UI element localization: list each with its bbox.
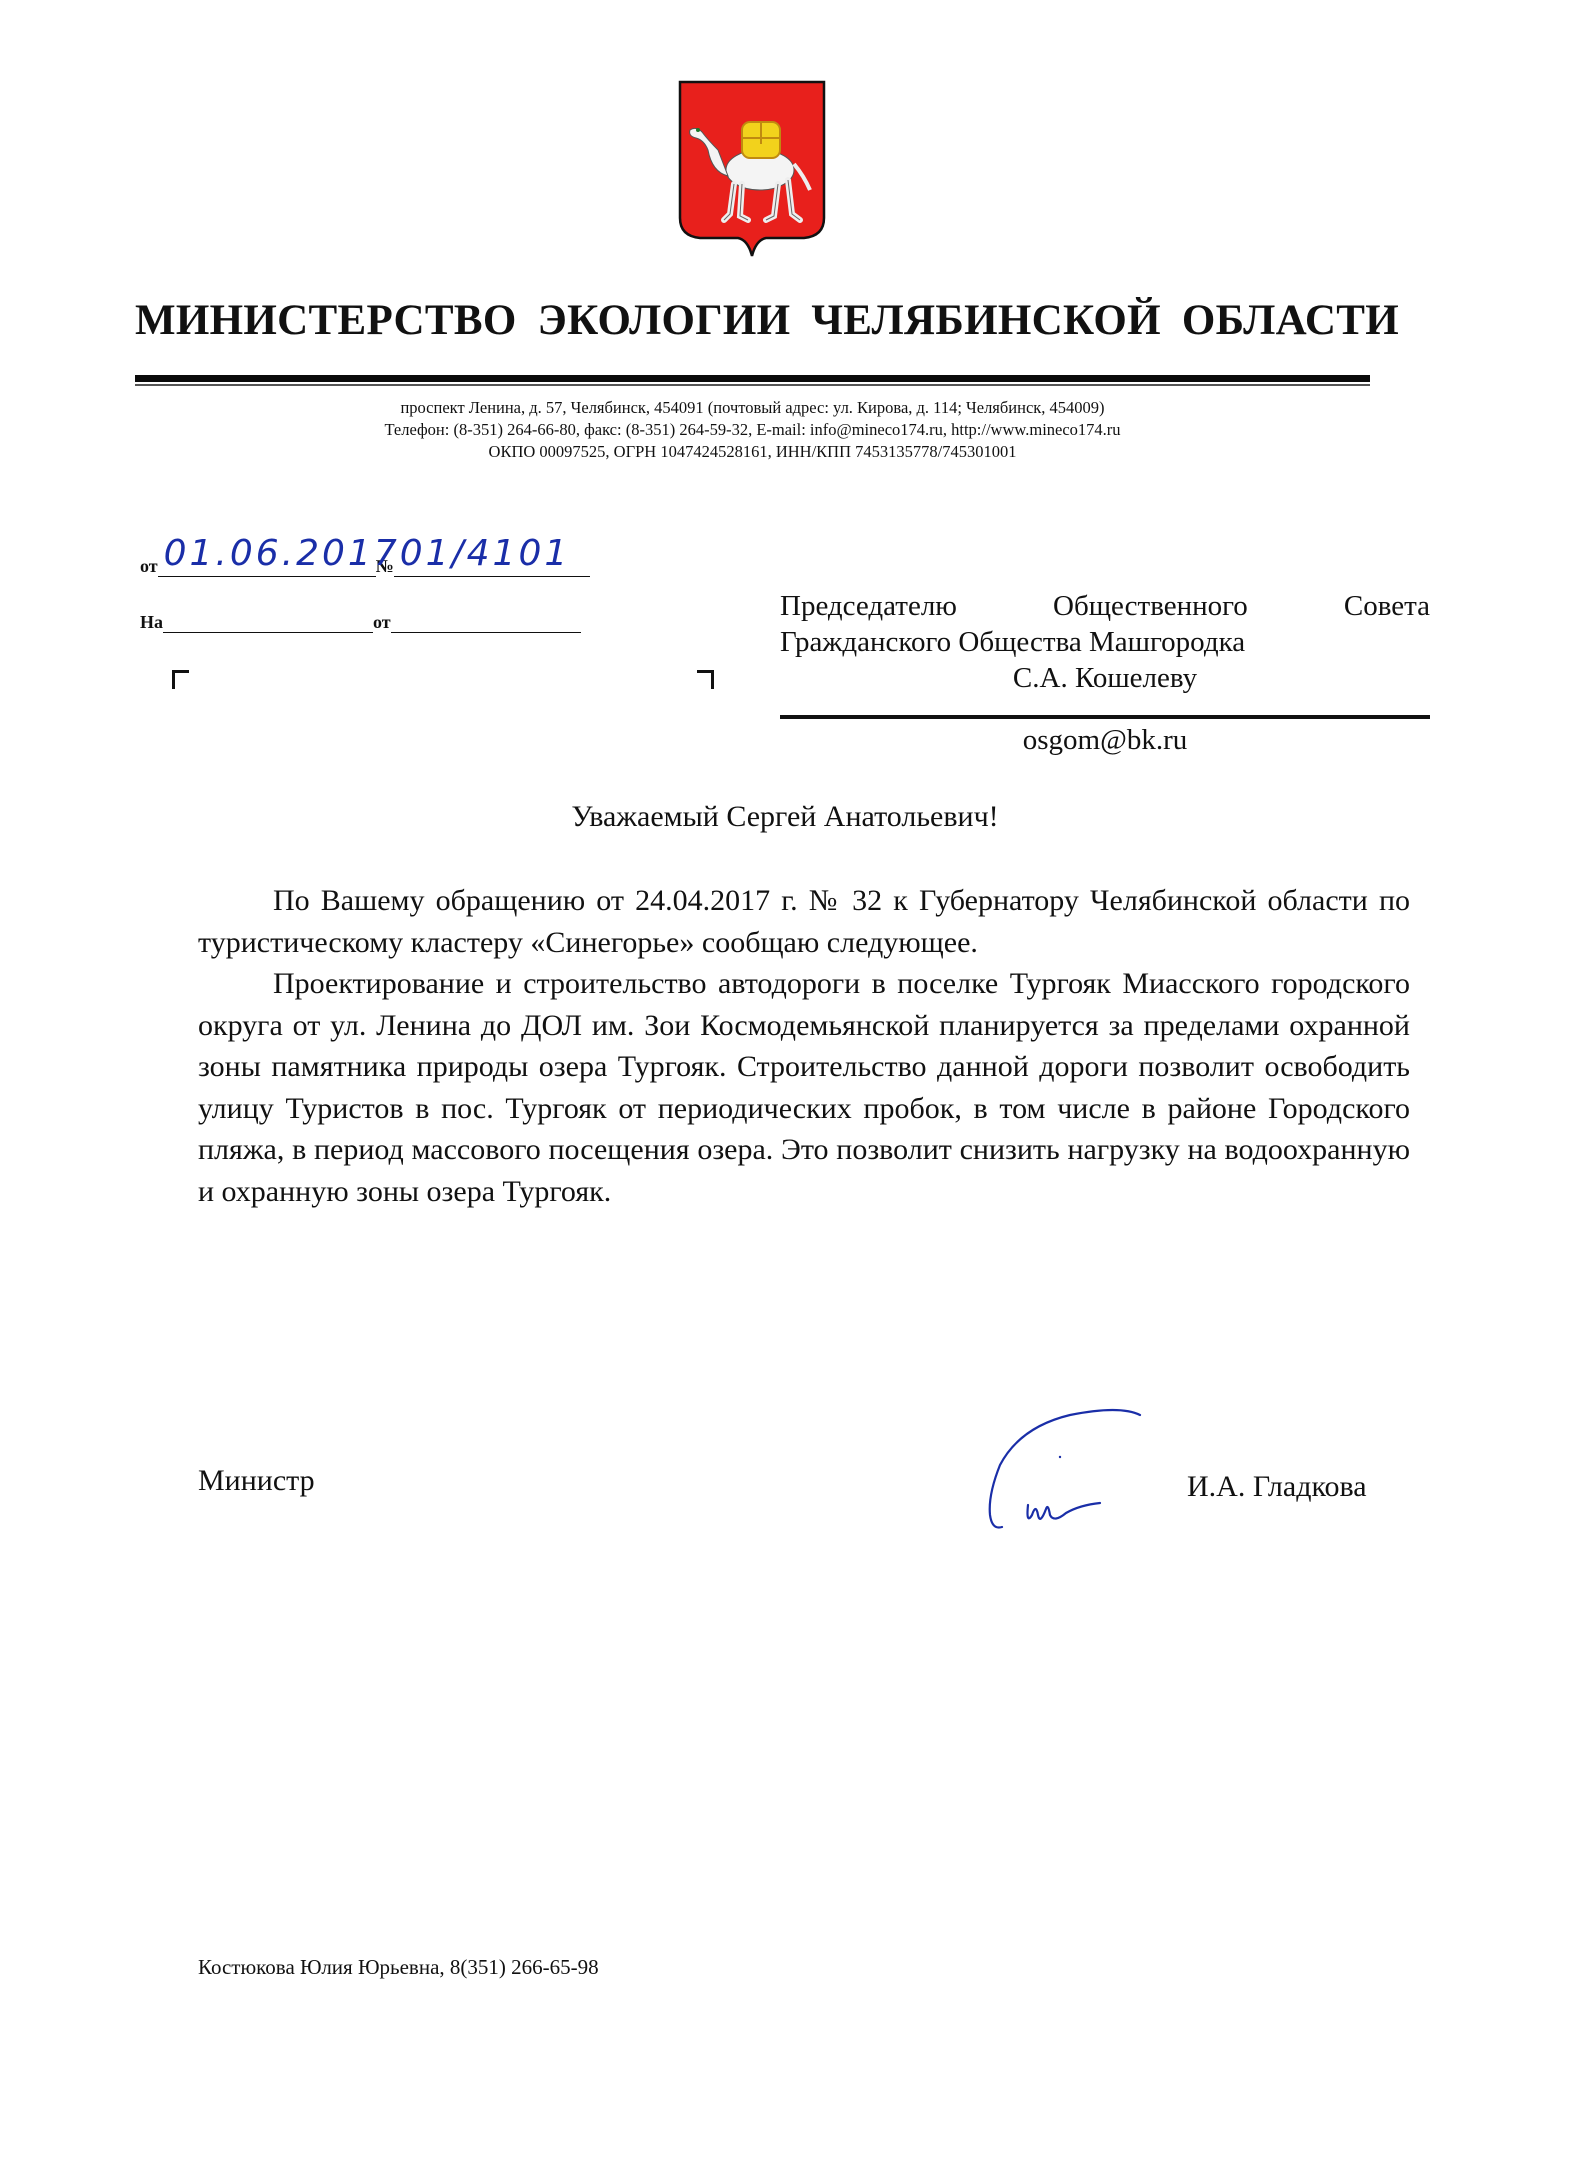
header-rule-thin bbox=[135, 384, 1370, 386]
letter-body: По Вашему обращению от 24.04.2017 г. № 3… bbox=[198, 880, 1410, 1212]
address-corner-mark-right bbox=[697, 670, 714, 689]
executor-contact: Костюкова Юлия Юрьевна, 8(351) 266-65-98 bbox=[198, 1955, 599, 1980]
number-field: 01/4101 bbox=[394, 548, 590, 577]
handwritten-number: 01/4101 bbox=[400, 532, 571, 576]
coat-of-arms-icon bbox=[678, 80, 826, 260]
signatory-role: Министр bbox=[198, 1464, 315, 1498]
address-line: проспект Ленина, д. 57, Челябинск, 45409… bbox=[135, 397, 1370, 419]
handwritten-signature-icon bbox=[950, 1405, 1150, 1540]
addressee-name: С.А. Кошелеву bbox=[780, 660, 1430, 696]
reply-to-field bbox=[163, 604, 373, 633]
outgoing-registration: от01.06.2017№01/4101 bbox=[140, 548, 590, 577]
addressee-block: Председателю Общественного Совета Гражда… bbox=[780, 588, 1430, 696]
date-field: 01.06.2017 bbox=[158, 548, 376, 577]
paragraph-1: По Вашему обращению от 24.04.2017 г. № 3… bbox=[198, 880, 1410, 963]
paragraph-2: Проектирование и строительство автодорог… bbox=[198, 963, 1410, 1212]
reply-to-label: На bbox=[140, 612, 163, 633]
greeting: Уважаемый Сергей Анатольевич! bbox=[135, 800, 1435, 834]
phone-line: Телефон: (8-351) 264-66-80, факс: (8-351… bbox=[135, 419, 1370, 441]
signatory-name: И.А. Гладкова bbox=[1187, 1470, 1367, 1504]
header-rule bbox=[135, 375, 1370, 382]
address-corner-mark-left bbox=[172, 670, 189, 689]
addressee-email: osgom@bk.ru bbox=[780, 722, 1430, 758]
reply-from-label: от bbox=[373, 612, 391, 633]
reply-from-field bbox=[391, 604, 581, 633]
addressee-title-line2: Гражданского Общества Машгородка bbox=[780, 624, 1430, 660]
addressee-title-line1: Председателю Общественного Совета bbox=[780, 588, 1430, 624]
ministry-title: МИНИСТЕРСТВО ЭКОЛОГИИ ЧЕЛЯБИНСКОЙ ОБЛАСТ… bbox=[135, 296, 1370, 345]
registry-codes-line: ОКПО 00097525, ОГРН 1047424528161, ИНН/К… bbox=[135, 441, 1370, 463]
date-label: от bbox=[140, 556, 158, 577]
addressee-rule bbox=[780, 715, 1430, 719]
handwritten-date: 01.06.2017 bbox=[164, 532, 400, 576]
ministry-contacts: проспект Ленина, д. 57, Челябинск, 45409… bbox=[135, 397, 1370, 463]
incoming-reference: Наот bbox=[140, 604, 581, 633]
